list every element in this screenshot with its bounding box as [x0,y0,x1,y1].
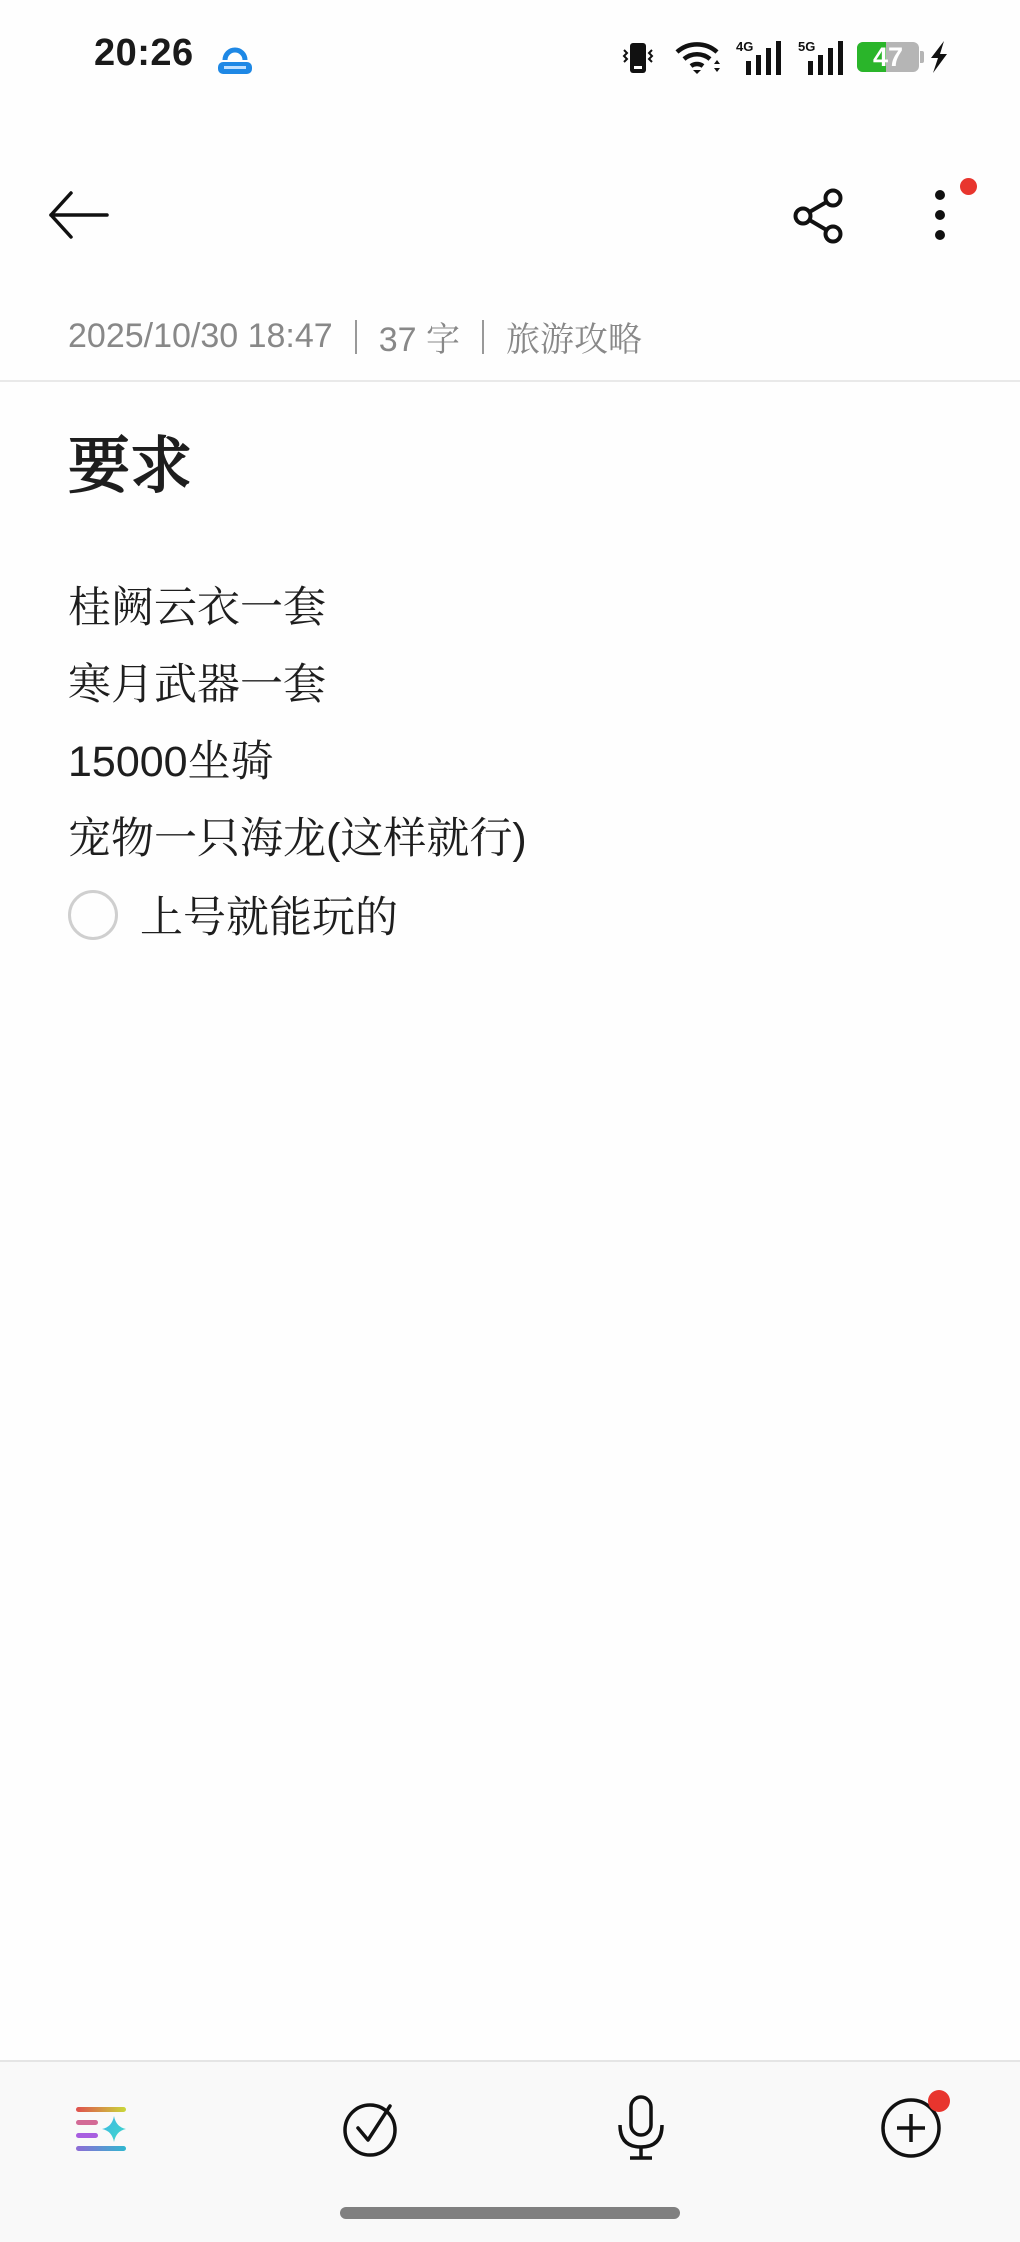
wifi-icon [674,40,722,76]
signal-5g-icon: 5G [798,39,844,77]
more-notification-dot [960,178,977,195]
note-title[interactable]: 要求 [68,432,192,502]
back-button[interactable] [36,180,120,250]
home-indicator[interactable] [340,2207,680,2219]
check-circle-icon [342,2098,402,2158]
battery-tip [920,51,924,63]
battery-percent: 47 [857,42,919,72]
app-notification-icon [215,38,255,76]
note-header [0,160,1020,270]
charging-icon [928,40,950,79]
status-time: 20:26 [94,32,194,75]
more-vertical-icon [930,185,950,245]
svg-text:4G: 4G [736,39,753,54]
todo-item: 上号就能玩的 [68,876,398,953]
note-meta: 2025/10/30 18:47 37 字 旅游攻略 [68,312,642,361]
todo-checkbox[interactable] [68,890,118,940]
share-icon [790,185,850,245]
note-body[interactable]: 桂阙云衣一套 寒月武器一套 15000坐骑 宠物一只海龙(这样就行) [68,570,527,878]
note-datetime: 2025/10/30 18:47 [68,317,333,356]
svg-text:5G: 5G [798,39,815,54]
header-divider [0,380,1020,382]
note-line[interactable]: 15000坐骑 [68,724,527,801]
add-notification-dot [928,2090,950,2112]
microphone-icon [616,2095,666,2161]
arrow-left-icon [45,187,111,243]
ai-format-button[interactable] [52,2090,152,2166]
checklist-button[interactable] [322,2090,422,2166]
ai-sparkle-list-icon [74,2102,130,2154]
note-word-count: 37 字 [379,312,460,361]
note-folder[interactable]: 旅游攻略 [506,312,642,361]
vibrate-icon [620,40,656,76]
todo-text[interactable]: 上号就能玩的 [140,884,398,945]
note-line[interactable]: 宠物一只海龙(这样就行) [68,801,527,878]
share-button[interactable] [780,180,860,250]
meta-separator [355,320,357,354]
meta-separator [482,320,484,354]
note-line[interactable]: 寒月武器一套 [68,647,527,724]
battery-icon: 47 [857,42,919,72]
voice-input-button[interactable] [591,2090,691,2166]
status-bar: 20:26 4G [0,0,1020,110]
signal-4g-icon: 4G [736,39,782,77]
note-line[interactable]: 桂阙云衣一套 [68,570,527,647]
